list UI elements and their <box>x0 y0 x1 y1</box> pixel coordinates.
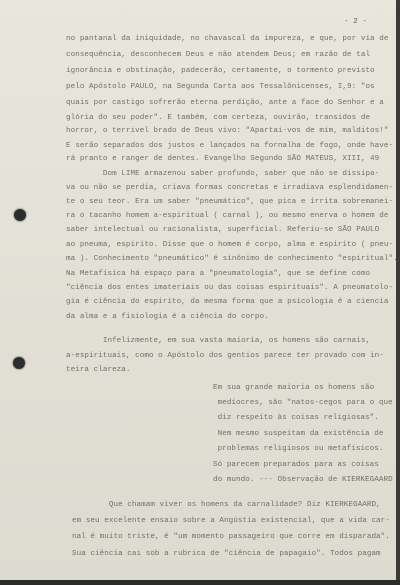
text-line: a-espirituais, como o Apóstolo dos genti… <box>66 352 384 360</box>
text-line: "ciência dos entes imateriais ou das coi… <box>66 284 393 292</box>
scan-edge-bottom <box>0 580 400 585</box>
punch-hole-top <box>14 209 26 221</box>
text-line: glória do seu poder". E também, com cert… <box>66 114 370 122</box>
text-line: te o seu teor. Era um saber "pneumático"… <box>66 198 393 206</box>
text-line: gia é ciência do espirito, da mesma form… <box>66 298 389 306</box>
text-line: saber intelectual ou racionalista, super… <box>66 226 379 234</box>
text-line: Na Metafísica há espaço para a "pneumato… <box>66 270 370 278</box>
text-line: Infelizmente, em sua vasta maioria, os h… <box>66 337 370 345</box>
quote-line: Só parecem preparados para as coisas <box>213 461 379 469</box>
text-line: quais por castigo sofrerão eterna perdiç… <box>66 99 384 107</box>
text-line: da alma e a fisiologia é a ciência do co… <box>66 313 269 321</box>
text-line: Sua ciência cai sob a rubrica de "ciênci… <box>72 550 381 558</box>
text-line: E serão separados dos justos e lançados … <box>66 142 393 150</box>
punch-hole-bottom <box>13 357 25 369</box>
text-line: horror, o terrivel brado de Deus vivo: "… <box>66 127 389 135</box>
text-line: ra o tacanho homem a-espiritual ( carnal… <box>66 212 389 220</box>
quote-line: Em sua grande maioria os homens são <box>213 384 374 392</box>
text-line: em seu excelente ensaio sobre a Angústia… <box>72 517 390 525</box>
block-quote: Em sua grande maioria os homens são medí… <box>213 0 231 72</box>
text-line: ao pneuma, espirito. Disse que o homem é… <box>66 241 393 249</box>
text-line: ma ). Conhecimento "pneumático" é sinôni… <box>66 255 396 263</box>
text-line: teira clareza. <box>66 366 131 374</box>
scan-edge-right <box>396 0 400 585</box>
text-line: rá pranto e ranger de dentes. Evangelho … <box>66 155 379 163</box>
quote-line: problemas religiosos ou metafísicos. <box>213 445 383 453</box>
closing-paragraph: Que chamam viver os homens da carnalidad… <box>72 0 90 48</box>
page-number: - 2 - <box>344 18 367 26</box>
text-line: va ou não se perdia, criava formas concr… <box>66 184 393 192</box>
quote-line: medíocres, são "natos-cegos para o que <box>213 399 393 407</box>
text-line: Que chamam viver os homens da carnalidad… <box>72 501 381 509</box>
quote-line: diz respeito às coisas religiosas". <box>213 414 379 422</box>
text-line: pelo Apóstolo PAULO, na Segunda Carta ao… <box>66 83 375 91</box>
text-line: Dom LIME armazenou saber profundo, saber… <box>66 170 379 178</box>
quote-line: do mundo. --- Observação de KIERKEGAARD <box>213 476 393 484</box>
quote-line: Nem mesmo suspeitam da existência de <box>213 430 383 438</box>
text-line: nal é muito triste, é "um momento passag… <box>72 533 390 541</box>
document-page: - 2 - no pantanal da iniquidade, no chav… <box>0 0 396 580</box>
